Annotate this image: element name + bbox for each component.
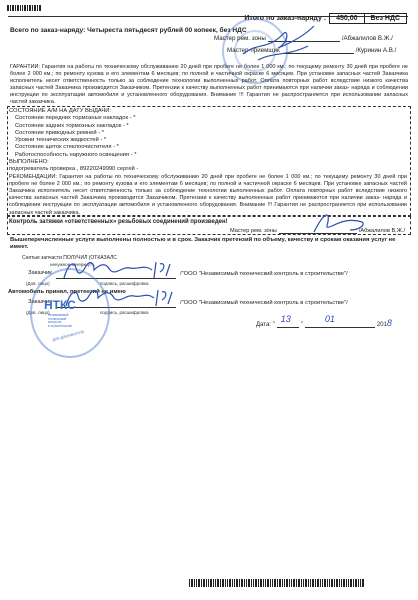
total-value: 450,00 [329, 13, 364, 24]
customer-org-2: /"ООО "Независимый технический контроль … [180, 300, 348, 306]
signature-scribble-torque [310, 210, 370, 236]
date-month-line: 01 [305, 320, 375, 328]
torque-check-text: Контроль затяжки «ответственных» резьбов… [9, 219, 228, 225]
completion-text: Вышеперечисленные услуги выполнены полно… [10, 237, 408, 252]
customer-org: /"ООО "Независимый технический контроль … [180, 271, 348, 277]
sum-in-words: Всего по заказ-наряду: Четыреста пятьдес… [10, 27, 247, 34]
date-label: Дата: " [256, 322, 275, 328]
date-row: Дата: " 13 " 01 201 8 [256, 318, 392, 328]
signature-scribble-top [238, 22, 318, 62]
condition-item: Работоспособность наружного освещения - … [9, 152, 407, 159]
date-day-line: 13 [277, 320, 299, 328]
quote-mark: " [301, 322, 303, 328]
condition-item: Состояние передних тормозных накладок - … [9, 115, 407, 122]
condition-title: СОСТОЯНИЕ А/М НА ДАТУ ВЫДАЧИ: [9, 108, 407, 115]
stamp-abbr: НТКС [44, 298, 76, 312]
guarantee-text: ГАРАНТИИ: Гарантия на работы по техничес… [10, 64, 408, 107]
condition-item: Состояние щеток стеклоочистителя - * [9, 144, 407, 151]
done-text: подогреватель проверка , 89220249990 сер… [9, 166, 407, 173]
company-stamp [30, 268, 110, 358]
barcode-bottom [189, 579, 365, 587]
condition-item: Уровни технических жидкостей - * [9, 137, 407, 144]
signer-name: /Абжалилов В.Ж./ [342, 35, 393, 42]
barcode-top [7, 5, 42, 11]
condition-section: СОСТОЯНИЕ А/М НА ДАТУ ВЫДАЧИ: Состояние … [9, 108, 407, 217]
date-day: 13 [281, 314, 291, 324]
signer-name: /Куринин А.В./ [356, 47, 397, 54]
role-label: Мастер рем. зоны [230, 228, 277, 234]
condition-item: Состояние задних тормозных накладок - * [9, 123, 407, 130]
vat-label: Без НДС [365, 13, 407, 24]
date-year-prefix: 201 [377, 322, 387, 328]
date-year-suffix: 8 [387, 318, 392, 328]
stamp-line: в строительстве [48, 325, 72, 329]
stamp-text: Независимый технический контроль в строи… [48, 314, 72, 328]
date-month: 01 [325, 314, 335, 324]
